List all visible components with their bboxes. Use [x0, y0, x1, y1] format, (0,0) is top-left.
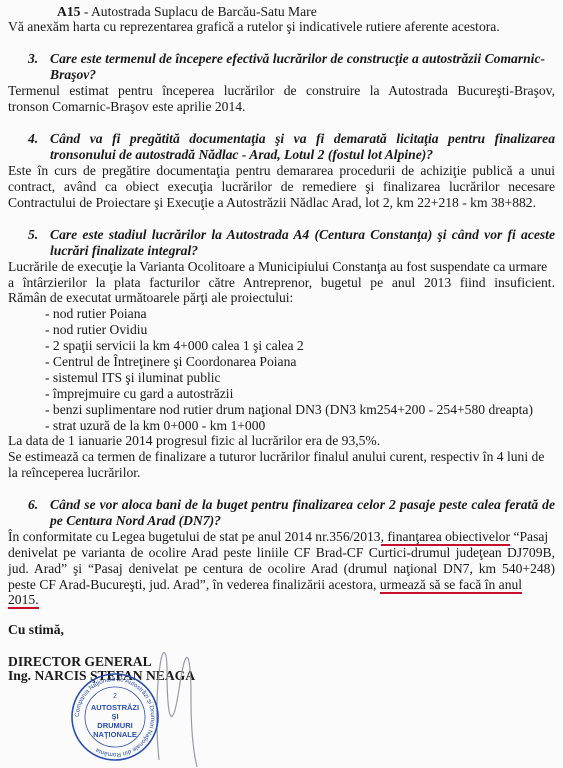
document-page: A15 - Autostrada Suplacu de Barcău-Satu …	[0, 0, 563, 768]
list-item: - strat uzură de la km 0+000 - km 1+000	[45, 418, 563, 434]
underlined-year: 2015.	[8, 592, 39, 609]
underlined-financing: , finanţarea obiectivelor	[381, 529, 510, 546]
q4-answer-3: Contractului de Proiectare şi Execuţie a…	[8, 195, 555, 211]
list-item: - Centrul de Întreţinere şi Coordonarea …	[45, 354, 563, 370]
list-item: - nod rutier Ovidiu	[45, 322, 563, 338]
q3-number: 3.	[28, 51, 38, 67]
q4-question: Când va fi pregătită documentaţia şi va …	[50, 131, 555, 147]
estimate-line-2: la reînceperea lucrărilor.	[8, 465, 555, 481]
list-item: - împrejmuire cu gard a autostrăzii	[45, 386, 563, 402]
q5-answer-2: a întârzierilor la plata facturilor cătr…	[8, 275, 555, 291]
estimate-line-1: Se estimează ca termen de finalizare a t…	[8, 449, 555, 465]
stamp-line-1: AUTOSTRĂZI	[91, 703, 139, 712]
q6-line-2: pe Centura Nord Arad (DN7)?	[50, 513, 555, 529]
q3-question: Care este termenul de începere efectivă …	[50, 51, 545, 67]
q6-answer-4: peste CF Arad-Bucureşti, jud. Arad”, în …	[8, 577, 555, 593]
q6-answer-1-pre: În conformitate cu Legea bugetului de st…	[8, 529, 381, 544]
annex-line: Vă anexăm harta cu reprezentarea grafică…	[8, 19, 555, 35]
q6-answer-2: denivelat pe varianta de ocolire Arad pe…	[8, 545, 555, 561]
list-item: - benzi suplimentare nod rutier drum naţ…	[45, 402, 563, 418]
q5-answer-1: Lucrările de execuţie la Varianta Ocolit…	[8, 259, 555, 275]
q4-number: 4.	[28, 131, 38, 147]
q5-number: 5.	[28, 227, 38, 243]
a15-code: A15	[57, 4, 80, 19]
q6-number: 6.	[28, 497, 38, 513]
q4-answer-2: contract, având ca obiect execuţia lucră…	[8, 179, 555, 195]
q6-answer-1-post: “Pasaj	[510, 529, 548, 544]
q6-answer-3: jud. Arad” şi “Pasaj denivelat pe centur…	[8, 561, 555, 577]
q6-answer-5: 2015.	[8, 592, 555, 608]
stamp-line-3: DRUMURI	[97, 721, 132, 730]
progress-line: La data de 1 ianuarie 2014 progresul fiz…	[8, 433, 555, 449]
a15-line: A15 - Autostrada Suplacu de Barcău-Satu …	[57, 4, 563, 20]
greeting: Cu stimă,	[8, 622, 555, 638]
q5-line-2: lucrări finalizate integral?	[50, 243, 555, 259]
q5-question: Care este stadiul lucrărilor la Autostra…	[50, 227, 555, 243]
q3-line-2: Braşov?	[50, 67, 555, 83]
list-item: - 2 spaţii servicii la km 4+000 calea 1 …	[45, 338, 563, 354]
list-item: - sistemul ITS şi iluminat public	[45, 370, 563, 386]
stamp-line-4: NAŢIONALE	[93, 730, 137, 739]
company-stamp-icon: Compania Naţională de Autostrăzi şi Drum…	[70, 672, 160, 762]
stamp-line-2: ŞI	[111, 712, 118, 721]
q5-answer-3: Rămân de executat următoarele părţi ale …	[8, 290, 555, 306]
q3-answer-1: Termenul estimat pentru începerea lucrăr…	[8, 83, 555, 99]
q6-answer-1: În conformitate cu Legea bugetului de st…	[8, 529, 555, 545]
q4-answer-1: Este în curs de pregătire documentaţia p…	[8, 163, 555, 179]
a15-text: - Autostrada Suplacu de Barcău-Satu Mare	[80, 4, 316, 19]
q6-answer-4-pre: peste CF Arad-Bucureşti, jud. Arad”, în …	[8, 577, 380, 592]
q4-line-2: tronsonului de autostradă Nădlac - Arad,…	[50, 147, 555, 163]
stamp-number: 2	[113, 693, 117, 700]
q6-question: Când se vor aloca bani de la buget pentr…	[50, 497, 555, 513]
list-item: - nod rutier Poiana	[45, 306, 563, 322]
q3-answer-2: tronson Comarnic-Braşov este aprilie 201…	[8, 99, 555, 115]
